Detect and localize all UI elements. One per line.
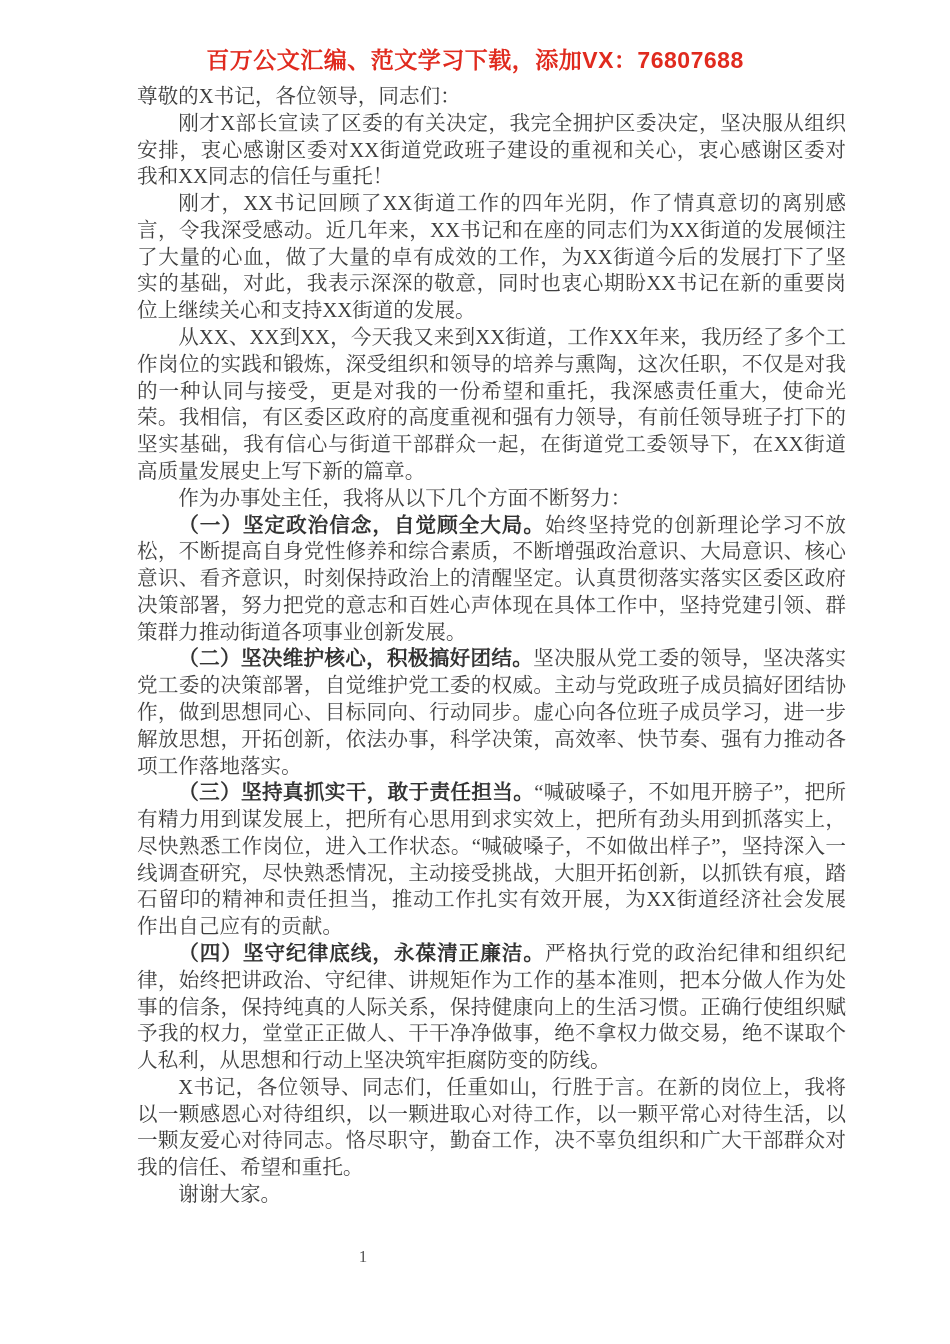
paragraph: （三）坚持真抓实干，敢于责任担当。“喊破嗓子，不如甩开膀子”，把所有精力用到谋发…	[137, 780, 846, 941]
paragraph: 从XX、XX到XX，今天我又来到XX街道，工作XX年来，我历经了多个工作岗位的实…	[137, 325, 846, 486]
paragraph: X书记，各位领导、同志们，任重如山，行胜于言。在新的岗位上，我将以一颗感恩心对待…	[137, 1075, 846, 1182]
section-heading: （四）坚守纪律底线，永葆清正廉洁。	[178, 943, 545, 965]
paragraph: 谢谢大家。	[137, 1182, 846, 1209]
paragraph: 尊敬的X书记，各位领导，同志们：	[137, 84, 846, 111]
paragraph: （一）坚定政治信念，自觉顾全大局。始终坚持党的创新理论学习不放松，不断提高自身党…	[137, 513, 846, 647]
document-page: 百万公文汇编、范文学习下载，添加VX：76807688 尊敬的X书记，各位领导，…	[0, 0, 950, 1344]
paragraph: 刚才，XX书记回顾了XX街道工作的四年光阴，作了情真意切的离别感言，令我深受感动…	[137, 191, 846, 325]
section-heading: （一）坚定政治信念，自觉顾全大局。	[178, 515, 545, 537]
paragraph: 刚才X部长宣读了区委的有关决定，我完全拥护区委决定，坚决服从组织安排，衷心感谢区…	[137, 111, 846, 191]
document-body: 尊敬的X书记，各位领导，同志们：刚才X部长宣读了区委的有关决定，我完全拥护区委决…	[137, 84, 846, 1209]
promo-banner: 百万公文汇编、范文学习下载，添加VX：76807688	[0, 42, 950, 75]
page-number: 1	[350, 1247, 376, 1267]
paragraph: 作为办事处主任，我将从以下几个方面不断努力：	[137, 486, 846, 513]
section-heading: （三）坚持真抓实干，敢于责任担当。	[178, 782, 534, 804]
paragraph: （四）坚守纪律底线，永葆清正廉洁。严格执行党的政治纪律和组织纪律，始终把讲政治、…	[137, 941, 846, 1075]
paragraph: （二）坚决维护核心，积极搞好团结。坚决服从党工委的领导，坚决落实党工委的决策部署…	[137, 646, 846, 780]
section-heading: （二）坚决维护核心，积极搞好团结。	[178, 648, 533, 670]
